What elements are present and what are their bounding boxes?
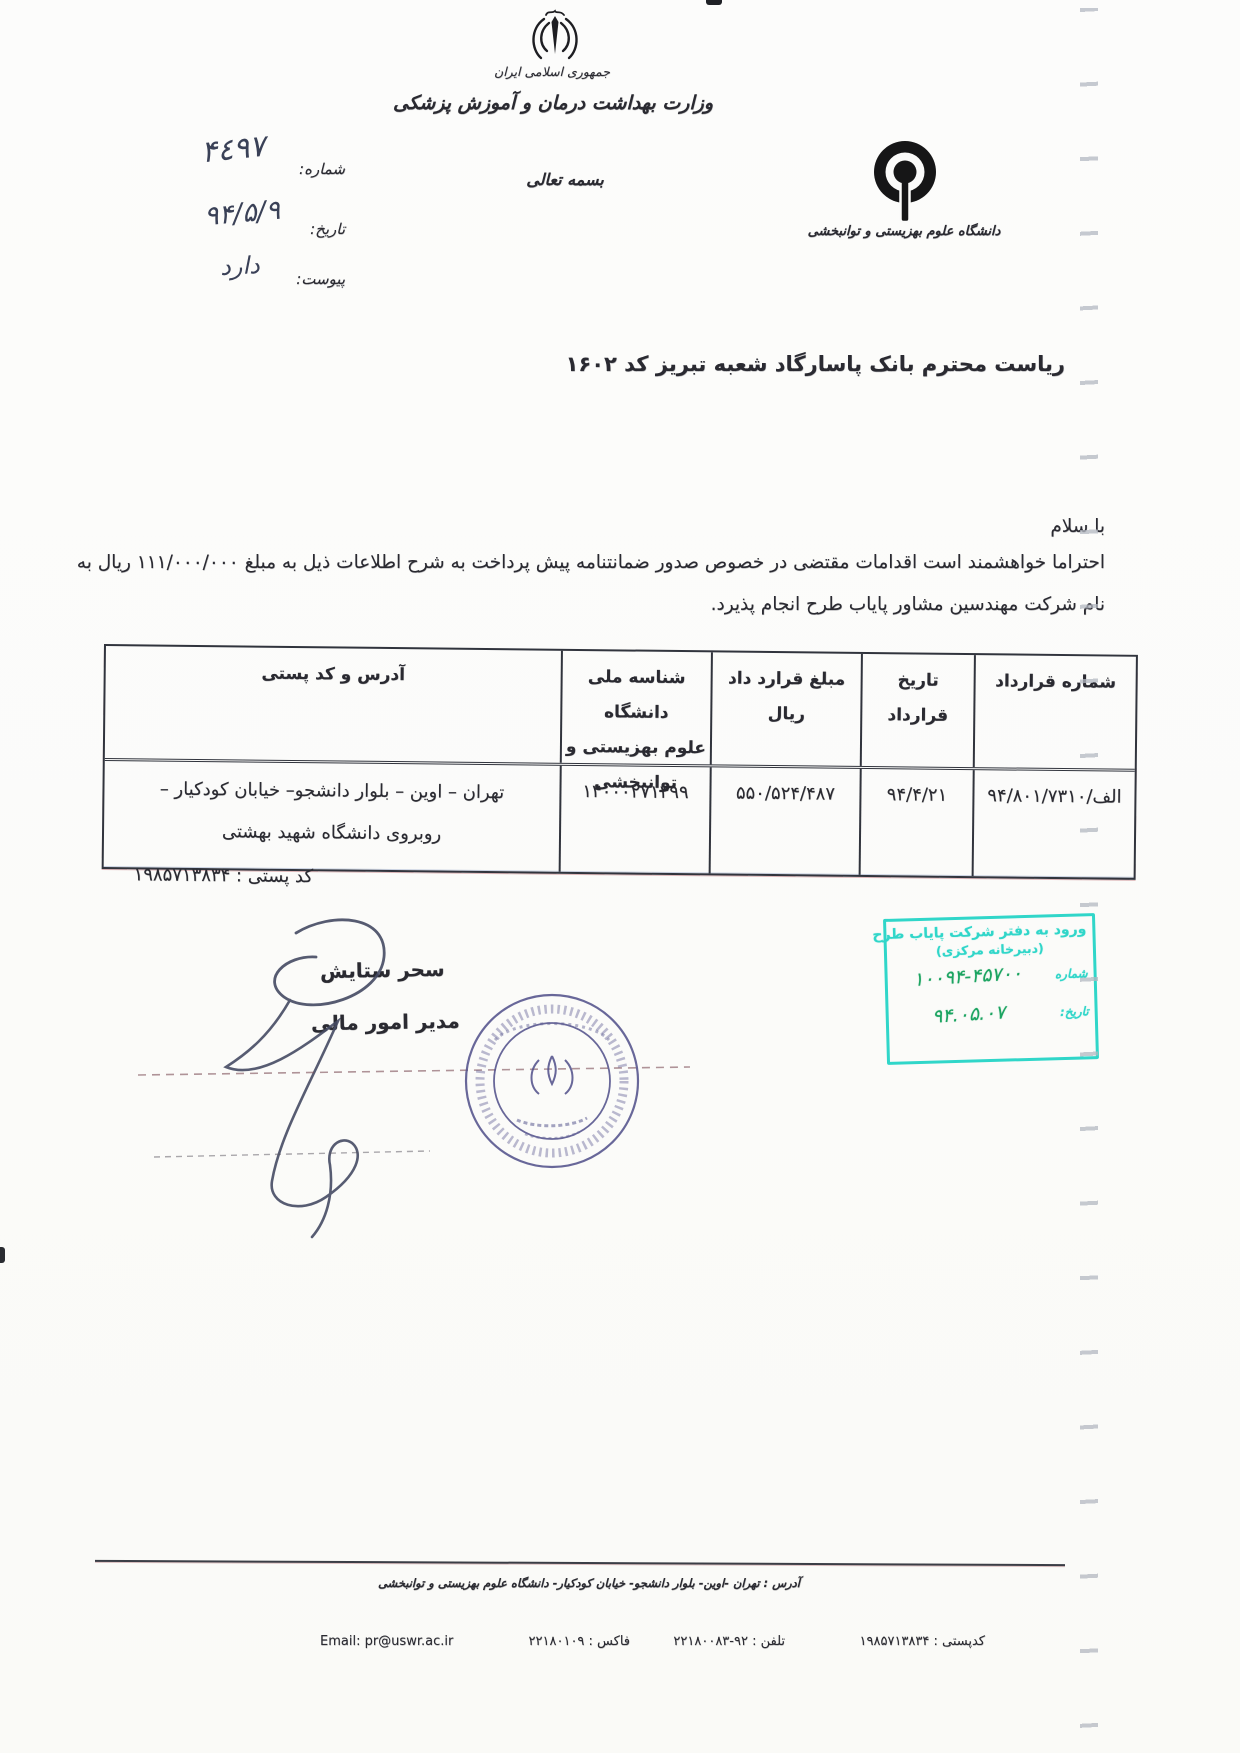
- footer-fax: فاکس : ۲۲۱۸۰۱۰۹: [529, 1634, 630, 1649]
- official-round-stamp: [455, 988, 650, 1173]
- meta-attachment-value: دارد: [220, 251, 261, 281]
- entry-stamp-number-value: ۱۰۰۹۴-۴۵۷۰۰: [893, 961, 1042, 992]
- binding-marks: [1080, 8, 1098, 1752]
- university-name: دانشگاه علوم بهزیستی و توانبخشی: [790, 224, 1018, 239]
- footer-divider: [95, 1560, 1065, 1566]
- company-entry-stamp: ورود به دفتر شرکت پایاب طرح (دبیرخانه مر…: [883, 913, 1099, 1065]
- meta-date-value: ۹۴/۵/۹: [203, 195, 282, 233]
- emblem-sword: [552, 16, 559, 54]
- footer-postal-code: کدپستی : ۱۹۸۵۷۱۳۸۳۴: [860, 1634, 985, 1649]
- header-national-id: شناسه ملی دانشگاه علوم بهزیستی و توانبخش…: [560, 651, 711, 765]
- cell-address: تهران – اوین – بلوار دانشجو– خیابان کودک…: [104, 761, 560, 872]
- meta-date-label: تاریخ:: [310, 220, 345, 238]
- footer-telephone: تلفن : ۹۲-۲۲۱۸۰۰۸۳: [673, 1634, 785, 1649]
- cell-national-id: ۱۴۰۰۰۲۷۱۴۹۹: [559, 766, 710, 874]
- iran-emblem-icon: [526, 8, 584, 62]
- letterhead-ministry: وزارت بهداشت درمان و آموزش پزشکی: [348, 92, 758, 114]
- contract-table: شماره قرارداد تاریخ قرارداد مبلغ قرارد د…: [102, 644, 1138, 880]
- university-logo-icon: [862, 136, 948, 228]
- scan-dashed-line-2: [154, 1151, 430, 1157]
- body-line-1: احتراما خواهشمند است اقدامات مقتضی در خص…: [77, 552, 1105, 573]
- meta-number-value: ۴٤٩٧: [199, 129, 267, 171]
- table-header-row: شماره قرارداد تاریخ قرارداد مبلغ قرارد د…: [105, 646, 1136, 772]
- header-contract-date: تاریخ قرارداد: [860, 654, 974, 767]
- meta-attachment-label: پیوست:: [296, 270, 345, 288]
- cell-contract-amount: ۵۵۰/۵۲۴/۴۸۷: [709, 767, 860, 875]
- footer-address: آدرس : تهران -اوین- بلوار دانشجو- خیابان…: [400, 1576, 800, 1590]
- recipient-line: ریاست محترم بانک پاسارگاد شعبه تبریز کد …: [566, 352, 1065, 376]
- letterhead-republic: جمهوری اسلامی ایران: [402, 64, 702, 79]
- meta-number-label: شماره:: [299, 160, 345, 178]
- table-data-row: ۹۴/۸۰۱/الف/۷۳۱۰ ۹۴/۴/۲۱ ۵۵۰/۵۲۴/۴۸۷ ۱۴۰۰…: [104, 761, 1135, 878]
- body-line-2: نام شرکت مهندسین مشاور پایاب طرح انجام پ…: [711, 594, 1105, 615]
- header-address: آدرس و کد پستی: [105, 646, 561, 763]
- letterhead-besmellah: بسمه تعالی: [415, 170, 715, 189]
- entry-stamp-date-value: ۹۴.۰۵.۰۷: [894, 999, 1043, 1030]
- entry-stamp-number-row: شماره ۱۰۰۹۴-۴۵۷۰۰: [893, 954, 1088, 997]
- cell-contract-date: ۹۴/۴/۲۱: [859, 769, 973, 876]
- cell-contract-number: ۹۴/۸۰۱/الف/۷۳۱۰: [972, 770, 1135, 878]
- header-contract-number: شماره قرارداد: [973, 655, 1136, 769]
- scan-artifact: [0, 1247, 5, 1263]
- entry-stamp-date-row: تاریخ: ۹۴.۰۵.۰۷: [894, 992, 1089, 1035]
- scanned-letter-page: جمهوری اسلامی ایران وزارت بهداشت درمان و…: [0, 0, 1240, 1753]
- header-contract-amount: مبلغ قرارد داد ریال: [710, 652, 861, 766]
- scan-artifact: [706, 0, 722, 5]
- footer-email: Email: pr@uswr.ac.ir: [320, 1634, 453, 1649]
